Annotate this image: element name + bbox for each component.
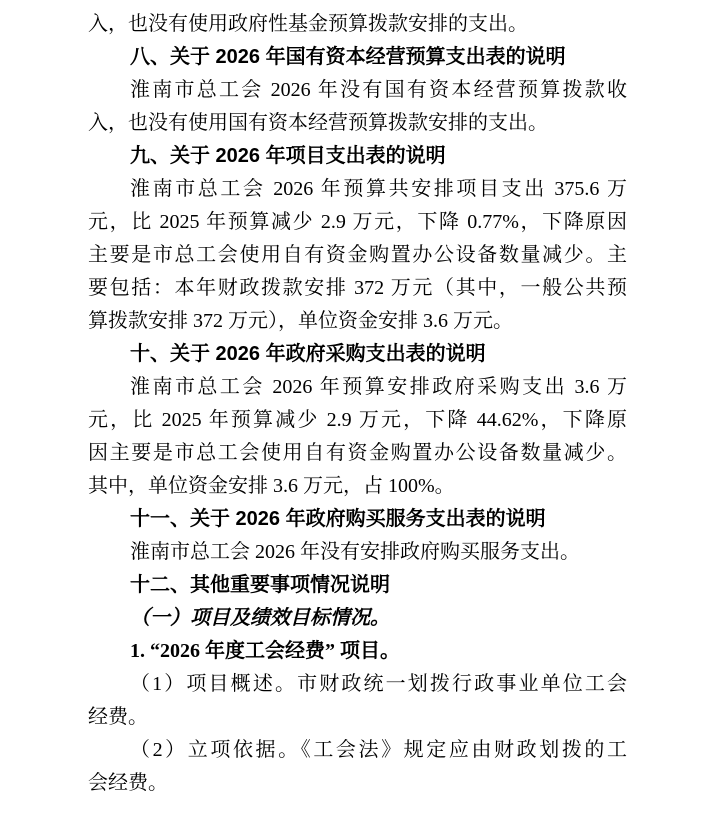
section-heading-8: 八、关于 2026 年国有资本经营预算支出表的说明 bbox=[88, 41, 627, 74]
text-line: 淮南市总工会 2026 年没有国有资本经营预算拨款收 bbox=[88, 74, 627, 107]
section-heading-9: 九、关于 2026 年项目支出表的说明 bbox=[88, 140, 627, 173]
paragraph-state-capital: 淮南市总工会 2026 年没有国有资本经营预算拨款收入，也没有使用国有资本经营预… bbox=[88, 74, 627, 140]
text-line: 八、关于 2026 年国有资本经营预算支出表的说明 bbox=[88, 41, 627, 74]
text-line: 入，也没有使用政府性基金预算拨款安排的支出。 bbox=[88, 8, 627, 41]
text-line: 淮南市总工会 2026 年没有安排政府购买服务支出。 bbox=[88, 536, 627, 569]
text-line: 元，比 2025 年预算减少 2.9 万元，下降 0.77%，下降原因 bbox=[88, 206, 627, 239]
paragraph-project-expenditure: 淮南市总工会 2026 年预算共安排项目支出 375.6 万元，比 2025 年… bbox=[88, 173, 627, 338]
text-line: 元，比 2025 年预算减少 2.9 万元，下降 44.62%，下降原 bbox=[88, 404, 627, 437]
text-line: （一）项目及绩效目标情况。 bbox=[88, 602, 627, 635]
paragraph-govfund-continuation: 入，也没有使用政府性基金预算拨款安排的支出。 bbox=[88, 8, 627, 41]
text-line: 十、关于 2026 年政府采购支出表的说明 bbox=[88, 338, 627, 371]
section-heading-11: 十一、关于 2026 年政府购买服务支出表的说明 bbox=[88, 503, 627, 536]
document-page: 入，也没有使用政府性基金预算拨款安排的支出。八、关于 2026 年国有资本经营预… bbox=[0, 0, 706, 822]
paragraph-gov-purchased-services: 淮南市总工会 2026 年没有安排政府购买服务支出。 bbox=[88, 536, 627, 569]
section-heading-12: 十二、其他重要事项情况说明 bbox=[88, 569, 627, 602]
item-heading-union-funds-project: 1. “2026 年度工会经费” 项目。 bbox=[88, 635, 627, 668]
paragraph-project-basis: （2）立项依据。《工会法》规定应由财政划拨的工会经费。 bbox=[88, 734, 627, 800]
text-line: 九、关于 2026 年项目支出表的说明 bbox=[88, 140, 627, 173]
text-line: 算拨款安排 372 万元），单位资金安排 3.6 万元。 bbox=[88, 305, 627, 338]
text-line: 十一、关于 2026 年政府购买服务支出表的说明 bbox=[88, 503, 627, 536]
text-line: 淮南市总工会 2026 年预算安排政府采购支出 3.6 万 bbox=[88, 371, 627, 404]
text-line: 其中，单位资金安排 3.6 万元，占 100%。 bbox=[88, 470, 627, 503]
text-line: 因主要是市总工会使用自有资金购置办公设备数量减少。 bbox=[88, 437, 627, 470]
text-line: 要包括：本年财政拨款安排 372 万元（其中，一般公共预 bbox=[88, 272, 627, 305]
text-line: 主要是市总工会使用自有资金购置办公设备数量减少。主 bbox=[88, 239, 627, 272]
section-heading-10: 十、关于 2026 年政府采购支出表的说明 bbox=[88, 338, 627, 371]
text-line: 经费。 bbox=[88, 701, 627, 734]
text-line: （2）立项依据。《工会法》规定应由财政划拨的工 bbox=[88, 734, 627, 767]
paragraph-gov-procurement: 淮南市总工会 2026 年预算安排政府采购支出 3.6 万元，比 2025 年预… bbox=[88, 371, 627, 503]
text-line: 入，也没有使用国有资本经营预算拨款安排的支出。 bbox=[88, 107, 627, 140]
text-line: 淮南市总工会 2026 年预算共安排项目支出 375.6 万 bbox=[88, 173, 627, 206]
paragraph-project-overview: （1）项目概述。市财政统一划拨行政事业单位工会经费。 bbox=[88, 668, 627, 734]
subsection-heading-1: （一）项目及绩效目标情况。 bbox=[88, 602, 627, 635]
text-line: 会经费。 bbox=[88, 767, 627, 800]
text-line: （1）项目概述。市财政统一划拨行政事业单位工会 bbox=[88, 668, 627, 701]
text-line: 十二、其他重要事项情况说明 bbox=[88, 569, 627, 602]
text-line: 1. “2026 年度工会经费” 项目。 bbox=[88, 635, 627, 668]
